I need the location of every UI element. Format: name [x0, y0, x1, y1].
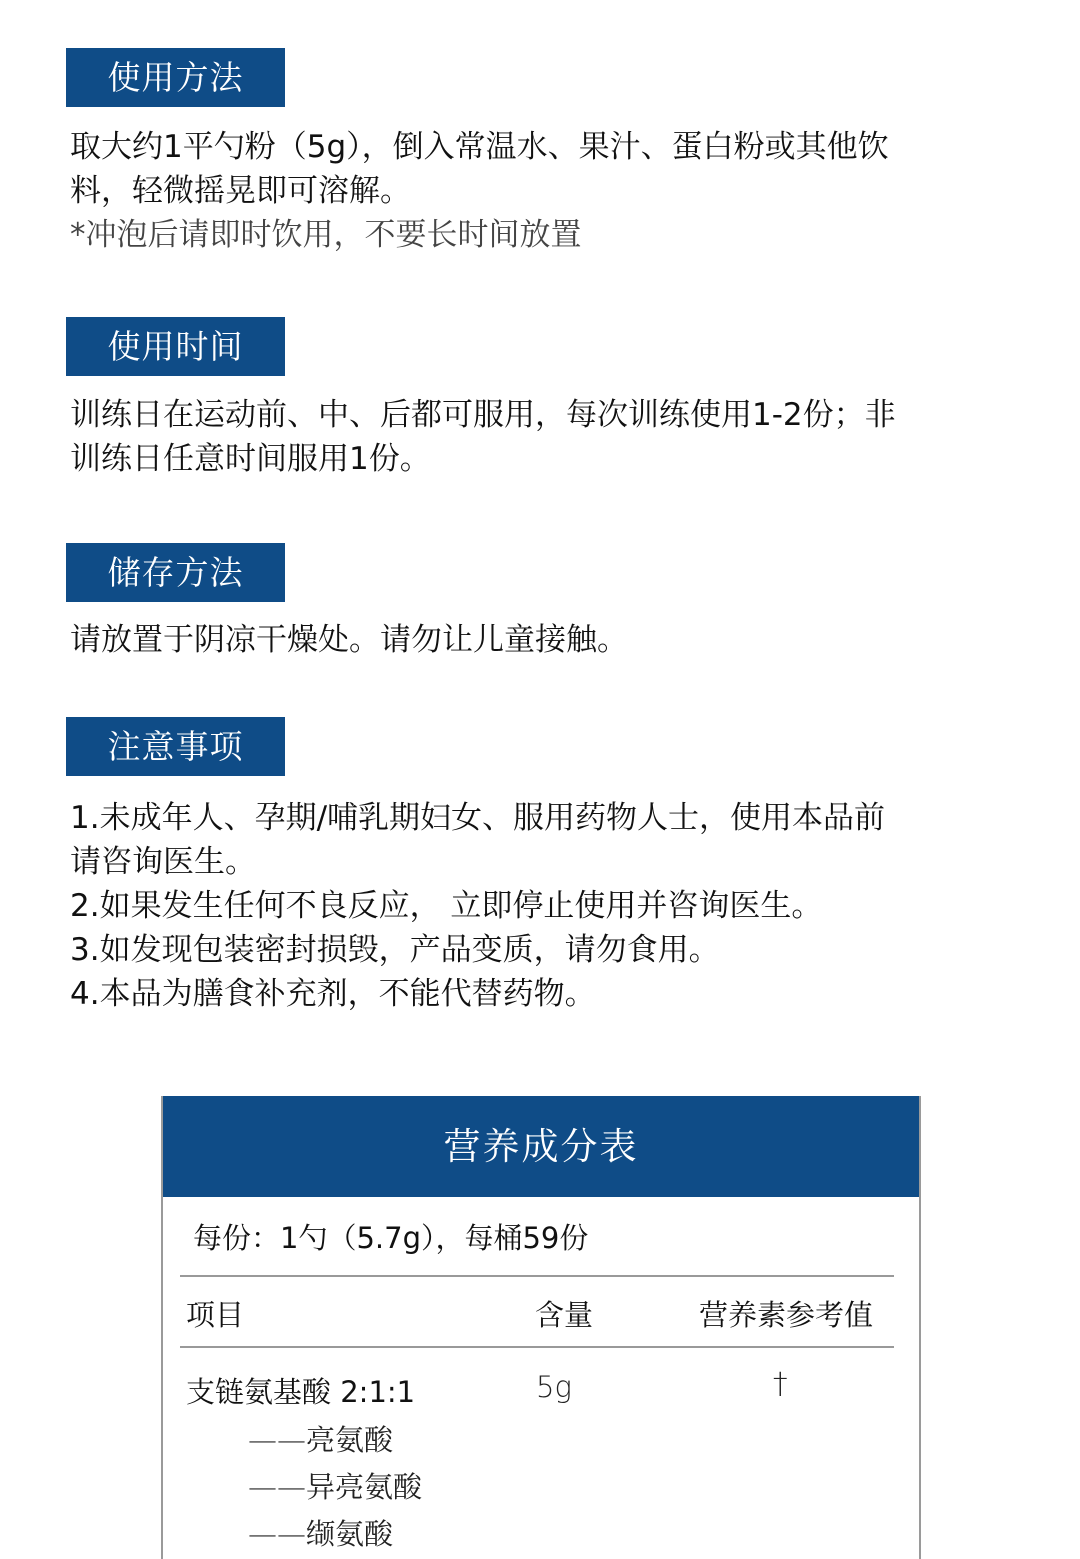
nutrition-table-title: 营养成分表 [163, 1096, 919, 1197]
table-row-item: ——缬氨酸 [248, 1512, 393, 1553]
section-title-timing: 使用时间 [66, 317, 285, 376]
column-header-item: 项目 [186, 1293, 244, 1334]
table-row-item: ——异亮氨酸 [248, 1465, 422, 1506]
column-header-nrv: 营养素参考值 [699, 1293, 873, 1334]
table-row-item: ——亮氨酸 [248, 1418, 393, 1459]
cautions-text: 1.未成年人、孕期/哺乳期妇女、服用药物人士，使用本品前 请咨询医生。 2.如果… [70, 796, 1020, 1016]
usage-line-1: 取大约1平勺粉（5g），倒入常温水、果汁、蛋白粉或其他饮 [70, 125, 1020, 169]
section-title-usage: 使用方法 [66, 48, 285, 107]
timing-line-1: 训练日在运动前、中、后都可服用，每次训练使用1-2份；非 [70, 393, 1020, 437]
nutrition-table: 营养成分表 每份：1勺（5.7g），每桶59份 项目 含量 营养素参考值 支链氨… [161, 1096, 921, 1559]
usage-note: *冲泡后请即时饮用，不要长时间放置 [70, 213, 1020, 257]
table-row-amount: 5g [536, 1370, 572, 1404]
timing-line-2: 训练日任意时间服用1份。 [70, 437, 1020, 481]
storage-text: 请放置于阴凉干燥处。请勿让儿童接触。 [70, 618, 1020, 662]
section-title-cautions: 注意事项 [66, 717, 285, 776]
caution-line-1: 1.未成年人、孕期/哺乳期妇女、服用药物人士，使用本品前 [70, 796, 1020, 840]
divider [180, 1346, 894, 1348]
caution-line-2: 请咨询医生。 [70, 840, 1020, 884]
usage-line-2: 料，轻微摇晃即可溶解。 [70, 169, 1020, 213]
caution-line-3: 2.如果发生任何不良反应， 立即停止使用并咨询医生。 [70, 884, 1020, 928]
section-title-storage: 储存方法 [66, 543, 285, 602]
table-row-nrv: † [773, 1366, 788, 1400]
table-row-item: 支链氨基酸 2:1:1 [186, 1370, 415, 1411]
serving-info: 每份：1勺（5.7g），每桶59份 [193, 1216, 588, 1257]
storage-line-1: 请放置于阴凉干燥处。请勿让儿童接触。 [70, 618, 1020, 662]
divider [180, 1275, 894, 1277]
caution-line-4: 3.如发现包装密封损毁，产品变质，请勿食用。 [70, 928, 1020, 972]
usage-text: 取大约1平勺粉（5g），倒入常温水、果汁、蛋白粉或其他饮 料，轻微摇晃即可溶解。… [70, 125, 1020, 257]
column-header-amount: 含量 [535, 1293, 593, 1334]
caution-line-5: 4.本品为膳食补充剂，不能代替药物。 [70, 972, 1020, 1016]
timing-text: 训练日在运动前、中、后都可服用，每次训练使用1-2份；非 训练日任意时间服用1份… [70, 393, 1020, 481]
